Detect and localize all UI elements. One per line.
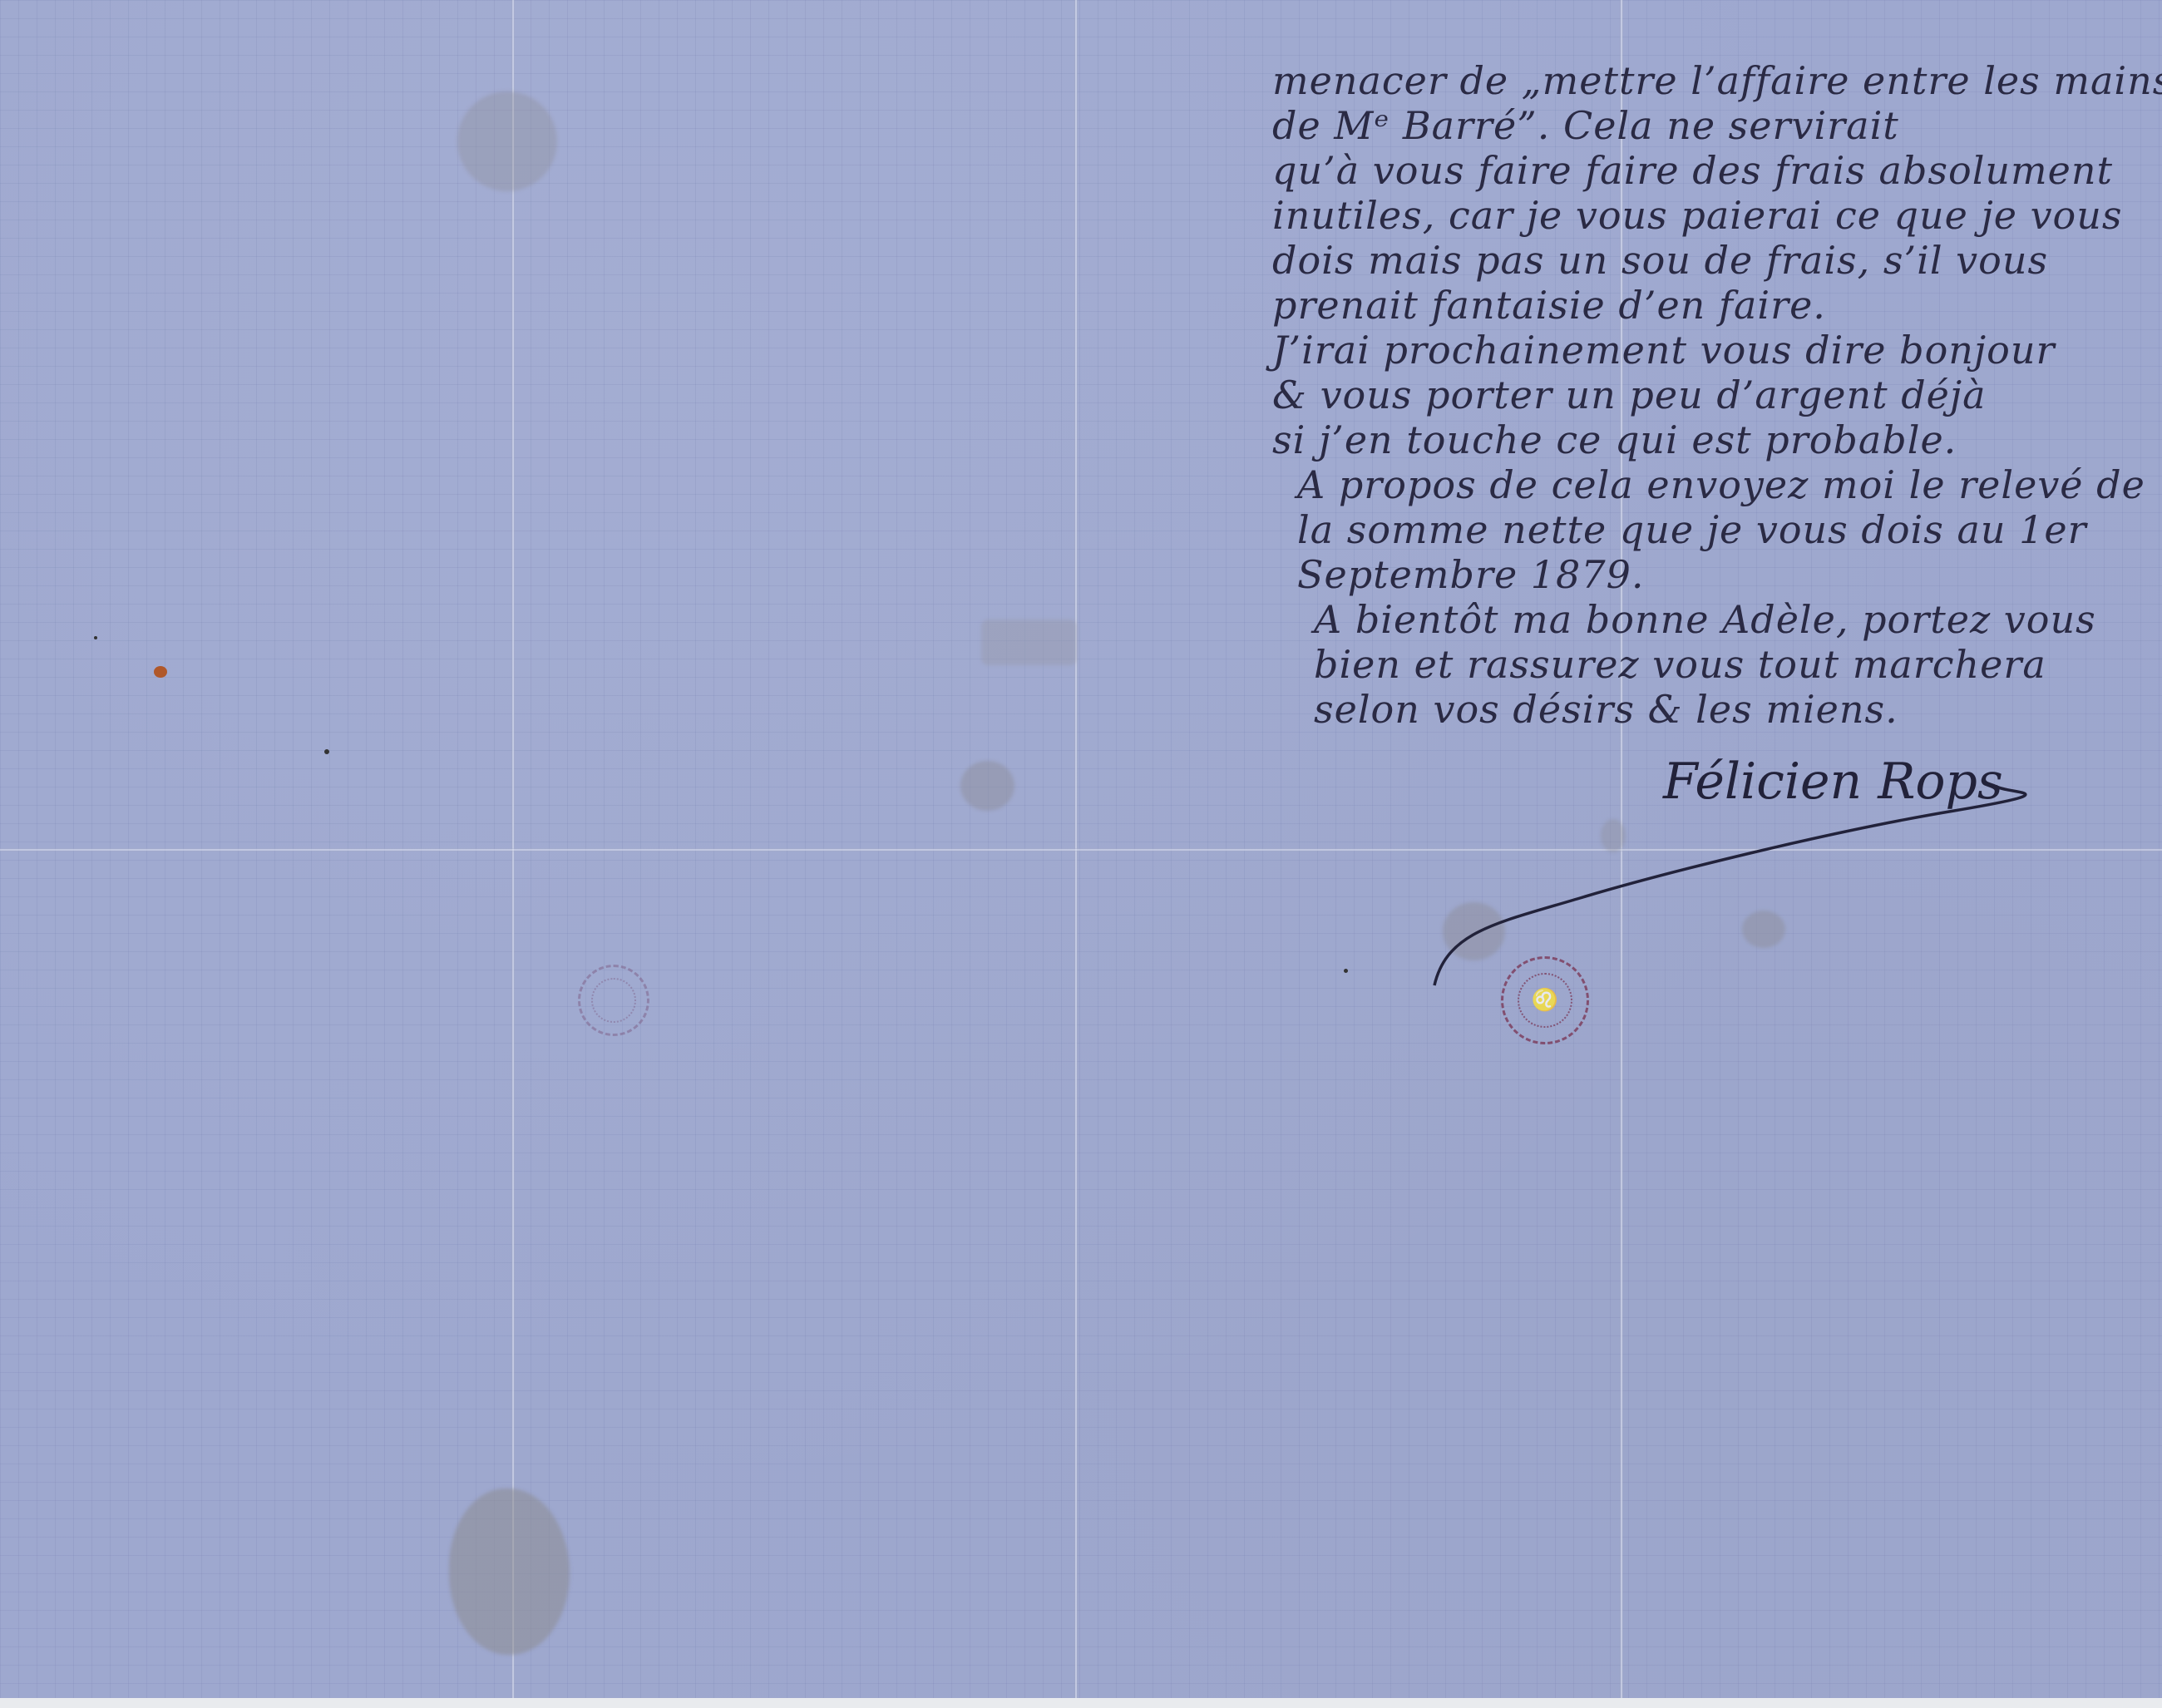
signature-flourish [0, 0, 2162, 1698]
letter-sheet: ♌ menacer de „mettre l’affaire entre les… [0, 0, 2162, 1698]
